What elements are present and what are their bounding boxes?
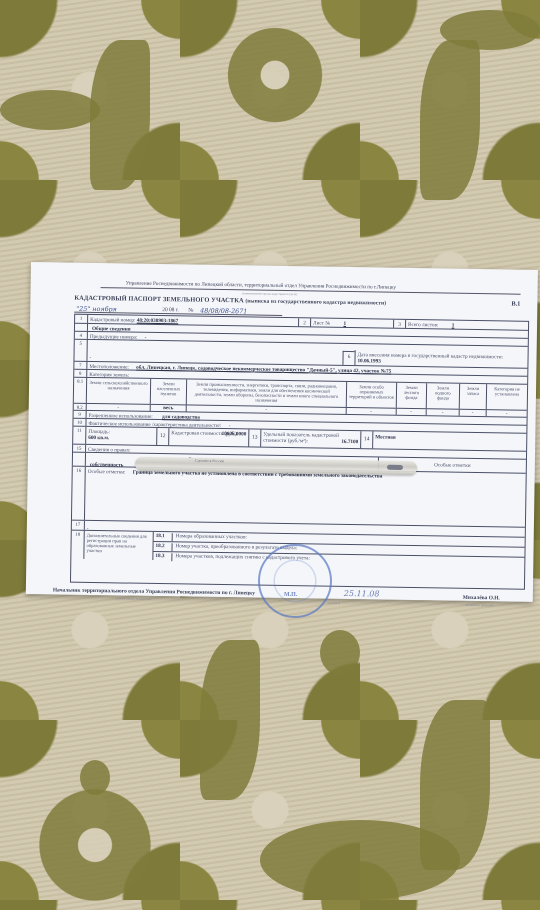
row-number: 9 <box>74 411 87 418</box>
cadastral-value-cell: Кадастровая стоимость (руб.): 10026.0000 <box>168 428 248 446</box>
area-value: 600 кв.м. <box>88 434 154 441</box>
document-title: КАДАСТРОВЫЙ ПАСПОРТ ЗЕМЕЛЬНОГО УЧАСТКА (… <box>74 295 386 307</box>
title-main: КАДАСТРОВЫЙ ПАСПОРТ ЗЕМЕЛЬНОГО УЧАСТКА <box>74 295 243 305</box>
row-number: 2 <box>298 318 310 326</box>
handwritten-signature: 25.11.08 <box>344 589 380 599</box>
land-category-header: Земли промышленности, энергетики, трансп… <box>186 379 346 407</box>
row-number: 13 <box>248 429 260 446</box>
stamp-text: М.П. <box>284 592 297 598</box>
flower-ornament <box>220 20 330 130</box>
signatory-name: Михалёва О.Н. <box>463 595 500 602</box>
field-label: Лист № <box>313 320 330 326</box>
actual-use: - <box>229 423 231 429</box>
name-caption: (инициалы, фамилия) <box>466 603 494 607</box>
field-label: Особые отметки: <box>88 468 126 475</box>
land-category-value: - <box>396 409 426 415</box>
thermometer-label: Сделано в России <box>195 459 224 463</box>
land-category-header: Земли особо охраняемых территорий и объе… <box>346 382 396 408</box>
field-label: Всего листов: <box>408 321 438 327</box>
row-number: 14 <box>360 431 372 448</box>
cadastral-number: 48:20:038903:1867 <box>137 317 179 324</box>
row-number: 8.1 <box>74 378 87 403</box>
row-number: 3 <box>393 320 405 328</box>
row-number: 15 <box>73 445 86 452</box>
official-stamp: М.П. <box>258 544 332 618</box>
area-cell: Площадь: 600 кв.м. <box>86 427 156 445</box>
row-17-value: - <box>85 524 91 530</box>
flower-ornament <box>80 760 110 795</box>
position-caption: (наименование должности) <box>116 596 151 601</box>
item-code: 18.3 <box>155 553 164 559</box>
row-number: 17 <box>72 521 85 530</box>
row-number: 6 <box>342 351 354 365</box>
registration-date-cell: Дата внесения номера в государственный к… <box>354 350 527 368</box>
land-category-header: Категория не установлена <box>486 384 527 410</box>
row-5-value: - <box>87 353 93 361</box>
additional-info-table: 18.1 Номера образованных участков: 18.2 … <box>152 532 524 566</box>
field-label: Кадастровый номер: <box>90 316 135 323</box>
row-number: 18 <box>71 531 84 559</box>
valuation-type: Местная <box>372 431 526 450</box>
row-number: 16 <box>72 467 86 520</box>
section-heading: Общие сведения <box>90 324 133 332</box>
row-number <box>73 453 86 466</box>
thermometer-bulb <box>387 465 403 470</box>
field-label: Дополнительные сведения для регистрации … <box>84 531 152 560</box>
row-number: 1 <box>75 315 88 323</box>
row-number: 8 <box>74 370 87 377</box>
organization-caption: (наименование органа кадастрового учета) <box>243 291 298 296</box>
land-category-header: Земли лесного фонда <box>396 383 426 408</box>
leaf-ornament <box>440 10 540 50</box>
leaf-ornament <box>0 90 100 130</box>
row-number: 5 <box>74 340 87 361</box>
land-category-value: весь <box>150 405 186 412</box>
flower-ornament <box>30 780 160 910</box>
title-note: (выписка из государственного кадастра не… <box>245 298 386 306</box>
total-sheets: 1 <box>452 322 455 328</box>
row-16: 16 Особые отметки: Граница земельного уч… <box>72 467 526 528</box>
item-code: 18.1 <box>156 533 165 539</box>
sheet-number-cell: Лист № 1 <box>310 318 393 327</box>
leaf-ornament <box>260 820 460 900</box>
row-number: 8.2 <box>74 404 87 410</box>
land-category-header: Земли населенных пунктов <box>150 379 186 405</box>
land-category-header: Земли сельскохозяйственного назначения <box>87 378 150 404</box>
row-number: 12 <box>156 428 168 445</box>
row-number <box>75 324 88 331</box>
land-category-value: - <box>426 409 459 416</box>
land-category-value: - <box>346 408 396 415</box>
item-code: 18.2 <box>156 543 165 549</box>
flower-ornament <box>320 630 360 675</box>
signature-caption: (подпись) <box>328 601 341 605</box>
leaf-ornament <box>420 40 480 200</box>
field-label: Категория земель: <box>87 370 131 378</box>
field-label: Сведения о правах: <box>86 445 133 453</box>
land-category-header: Земли запаса <box>459 384 486 409</box>
sheet-number: 1 <box>343 320 346 326</box>
specific-value-cell: Удельный показатель кадастровой стоимост… <box>260 430 360 449</box>
land-category-header: Земли водного фонда <box>426 383 459 409</box>
row-number: 11 <box>73 427 86 444</box>
leaf-ornament <box>90 40 150 190</box>
item-label: Номера образованных участков: <box>172 533 247 542</box>
leaf-ornament <box>200 640 260 800</box>
form-code: В.1 <box>511 301 520 308</box>
row-number: 10 <box>73 419 86 426</box>
land-category-value: - <box>486 410 527 417</box>
previous-numbers: - <box>145 334 147 340</box>
row-number: 7 <box>74 362 87 369</box>
special-notes-cell: Особые отметки: Граница земельного участ… <box>85 467 526 527</box>
land-category-value: - <box>459 410 486 416</box>
right-type-value: собственность <box>88 460 126 467</box>
land-category-value: - <box>87 404 150 411</box>
row-number: 4 <box>75 332 88 339</box>
